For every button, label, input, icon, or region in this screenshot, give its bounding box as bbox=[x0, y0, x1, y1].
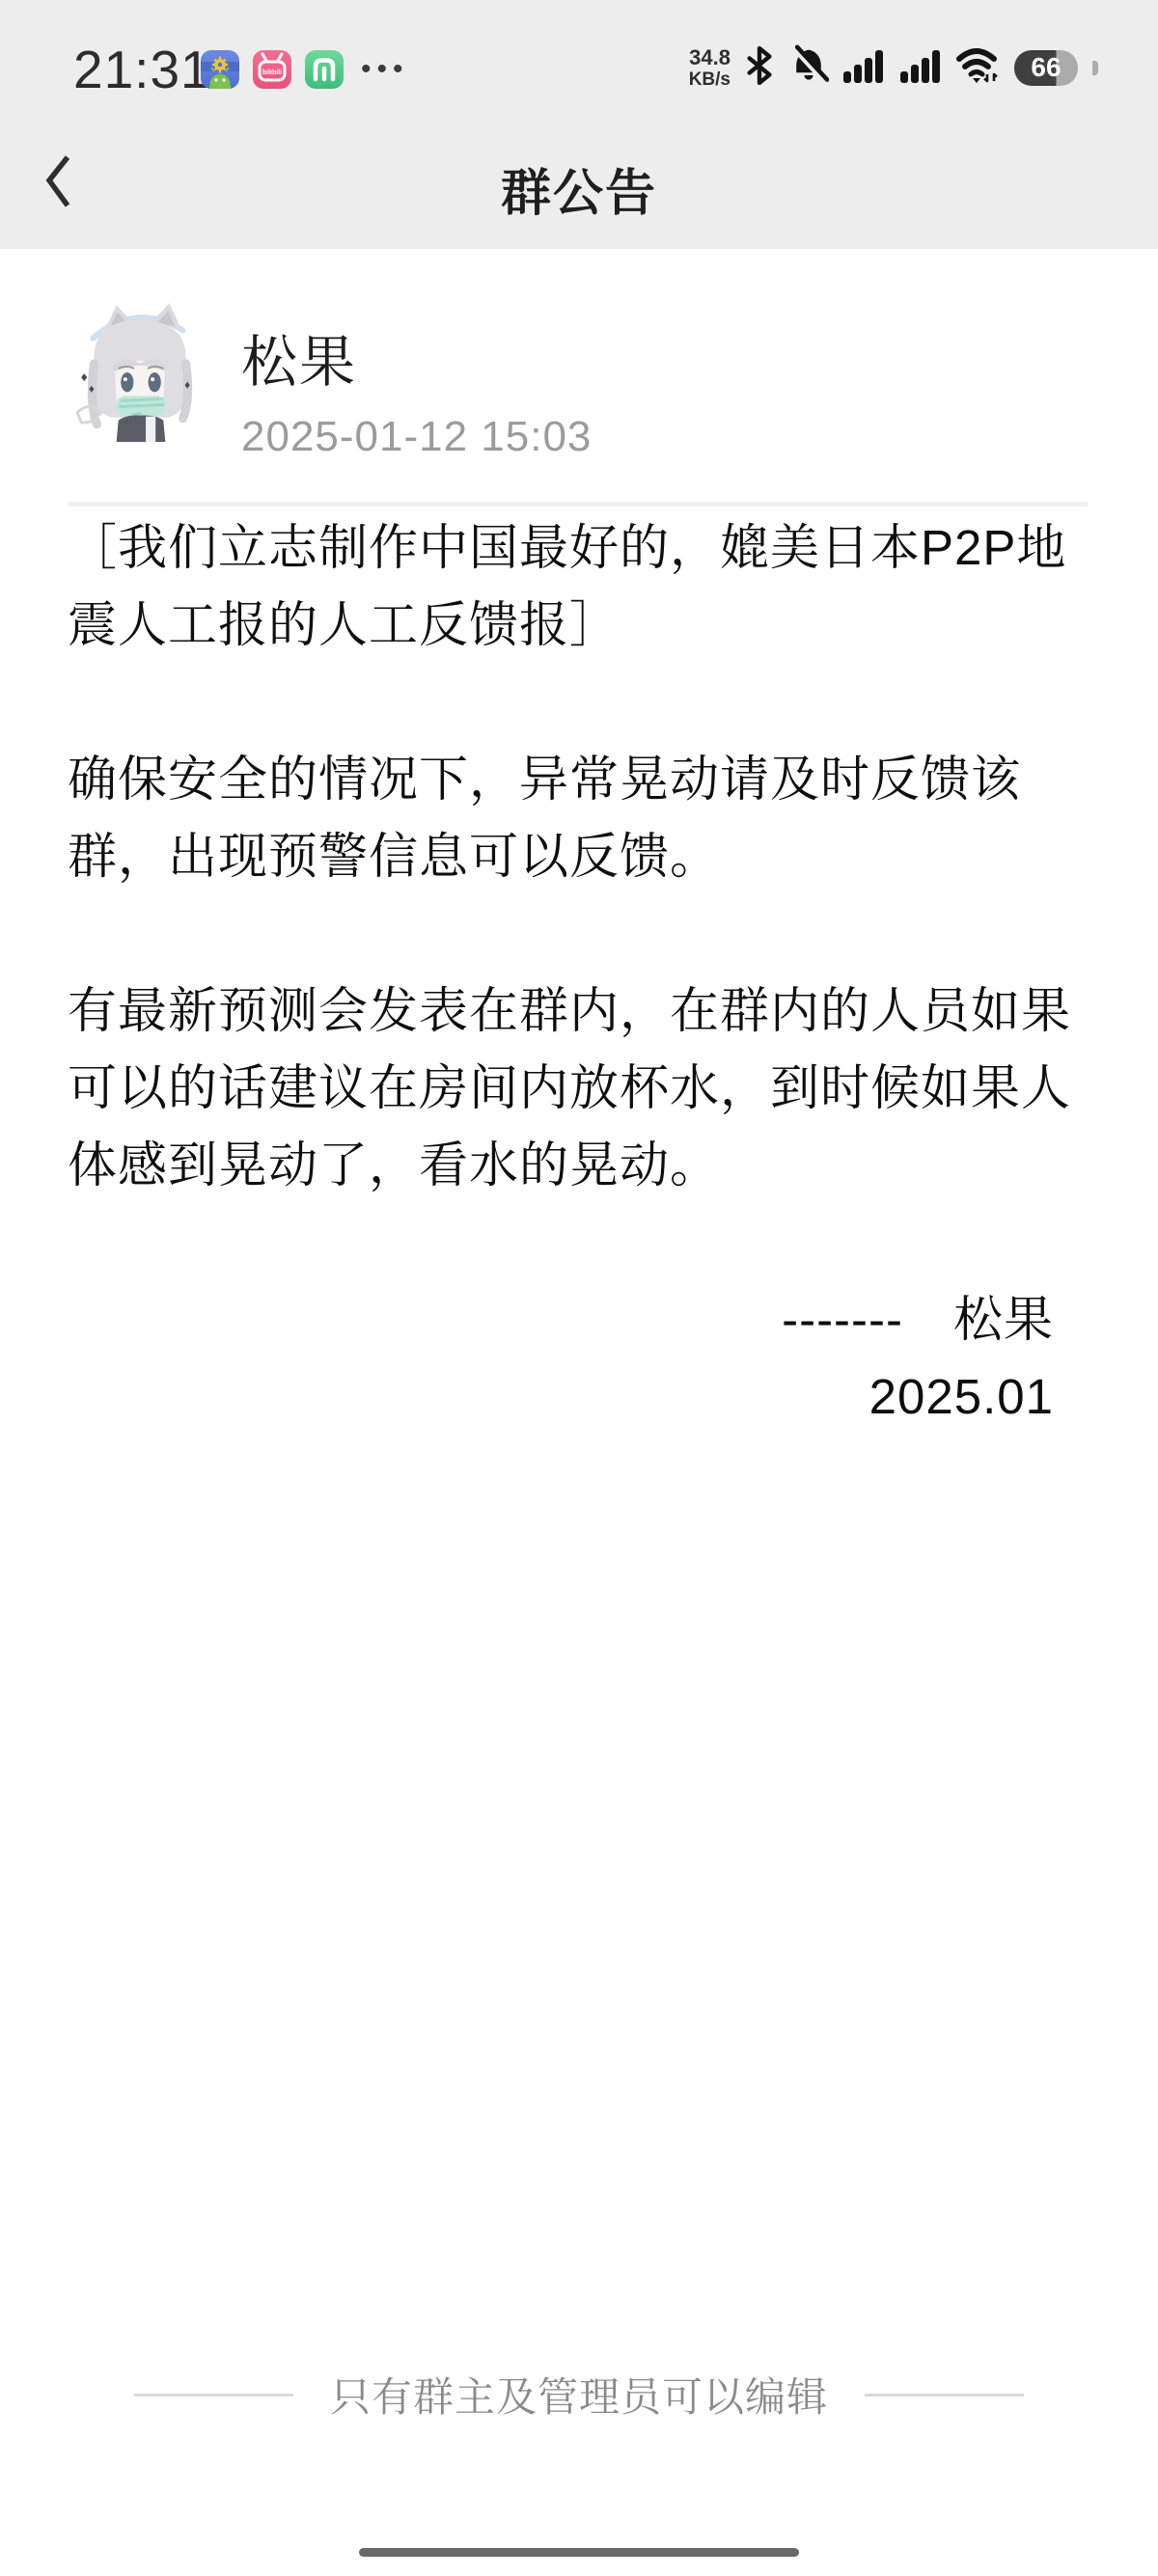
network-speed-value: 34.8 bbox=[689, 47, 731, 69]
mi-home-app-icon bbox=[305, 50, 344, 89]
page-title: 群公告 bbox=[0, 152, 1158, 225]
bilibili-wordmark: bilibili bbox=[262, 69, 282, 76]
post-timestamp: 2025-01-12 15:03 bbox=[241, 413, 592, 461]
announcement-signature: ------- 松果 2025.01 bbox=[68, 1281, 1054, 1436]
network-speed-indicator: 34.8 KB/s bbox=[689, 47, 731, 89]
announcement-body: ［我们立志制作中国最好的，媲美日本P2P地 震人工报的人工反馈报］ 确保安全的情… bbox=[68, 509, 1090, 1204]
android-app-icon bbox=[201, 50, 239, 89]
author-avatar bbox=[68, 295, 214, 442]
footer-right-line bbox=[865, 2394, 1024, 2397]
footer-left-line bbox=[134, 2394, 293, 2397]
wifi-icon bbox=[955, 46, 1002, 90]
post-divider bbox=[68, 502, 1089, 507]
author-name: 松果 bbox=[241, 316, 357, 397]
battery-nub bbox=[1092, 61, 1098, 75]
status-time: 21:31 bbox=[73, 39, 211, 100]
bluetooth-icon bbox=[743, 44, 776, 92]
header: 21:31 bbox=[0, 0, 1158, 249]
battery-indicator: 66 bbox=[1014, 50, 1078, 86]
cell-signal-1-icon bbox=[841, 46, 886, 90]
status-indicators: 34.8 KB/s bbox=[689, 44, 1098, 91]
footer-note: 只有群主及管理员可以编辑 bbox=[330, 2366, 828, 2424]
footer: 只有群主及管理员可以编辑 bbox=[0, 2366, 1158, 2424]
notification-app-icons: bilibili ••• bbox=[201, 50, 409, 89]
battery-percent: 66 bbox=[1031, 54, 1061, 81]
notifications-muted-icon bbox=[788, 44, 829, 92]
home-indicator[interactable] bbox=[359, 2548, 799, 2557]
network-speed-unit: KB/s bbox=[689, 70, 731, 89]
cell-signal-2-icon bbox=[898, 46, 943, 90]
group-announcement-screen: 21:31 bbox=[0, 0, 1158, 2576]
bilibili-app-icon: bilibili bbox=[253, 50, 291, 89]
more-notifications-icon: ••• bbox=[361, 50, 409, 89]
